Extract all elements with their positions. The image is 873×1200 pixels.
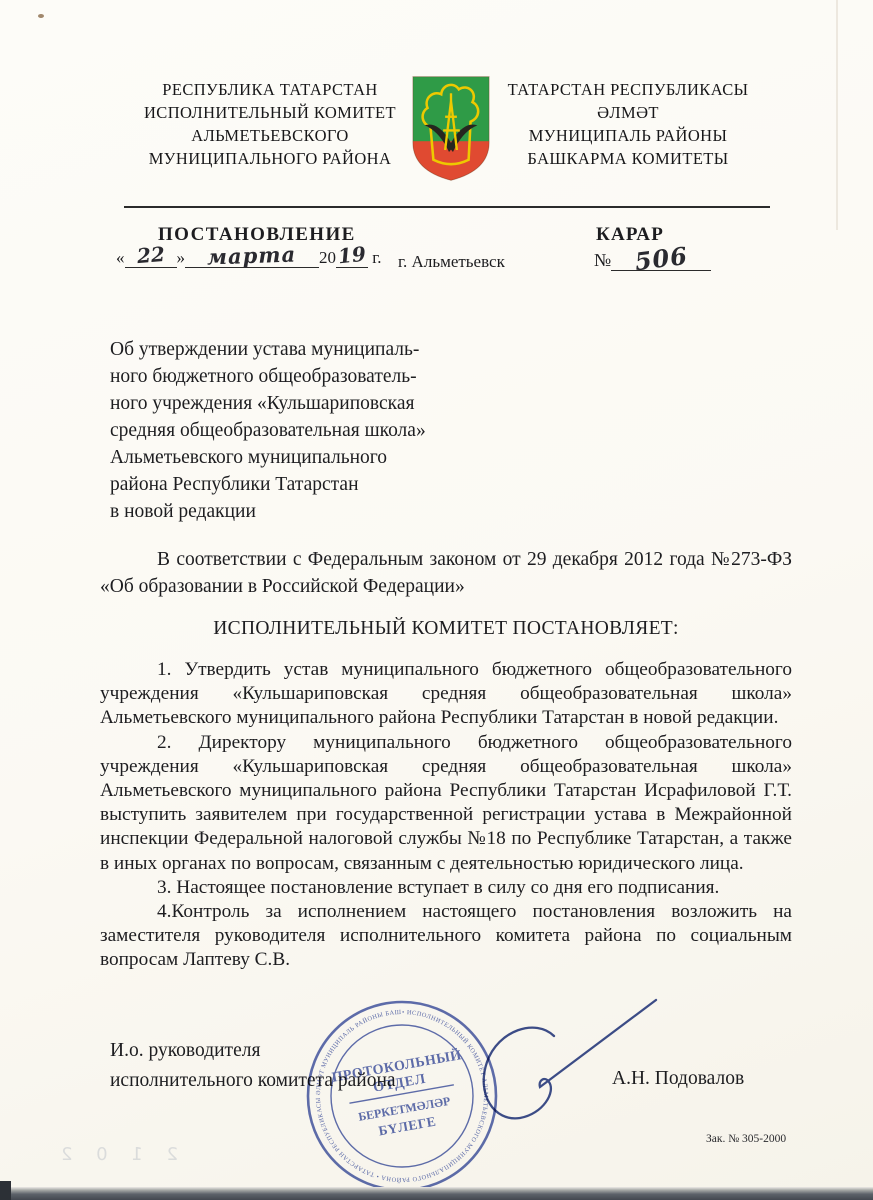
header-divider (124, 206, 770, 208)
subject-line: Альметьевского муниципального (110, 444, 500, 471)
header-line: МУНИЦИПАЛЬНОГО РАЙОНА (120, 147, 420, 170)
subject-line: ного учреждения «Кульшариповская (110, 390, 500, 417)
subject-line: района Республики Татарстан (110, 471, 500, 498)
signer-position-line1: И.о. руководителя (110, 1040, 260, 1062)
number-line: №506 (594, 246, 711, 271)
resolution-heading-tt: КАРАР (596, 224, 664, 246)
scan-speck (38, 14, 44, 18)
header-line: МУНИЦИПАЛЬ РАЙОНЫ (478, 124, 778, 147)
resolution-items: 1. Утвердить устав муниципального бюджет… (100, 658, 792, 973)
header-line: РЕСПУБЛИКА ТАТАРСТАН (120, 78, 420, 101)
header-line: ИСПОЛНИТЕЛЬНЫЙ КОМИТЕТ (120, 101, 420, 124)
place-label: г. Альметьевск (398, 252, 505, 272)
number-label: № (594, 250, 611, 270)
scan-bottom-corner (0, 1181, 11, 1200)
handwritten-number: 506 (633, 241, 689, 276)
resolution-item-2: 2. Директору муниципального бюджетного о… (100, 731, 792, 876)
resolution-item-3: 3. Настоящее постановление вступает в си… (100, 876, 792, 900)
intro-paragraph: В соответствии с Федеральным законом от … (100, 546, 792, 600)
signature-stroke (484, 1000, 656, 1118)
subject-line: в новой редакции (110, 498, 500, 525)
stamp-inner-circle (331, 1025, 473, 1167)
number-blank: 506 (611, 246, 711, 271)
scanned-document-page: РЕСПУБЛИКА ТАТАРСТАН ИСПОЛНИТЕЛЬНЫЙ КОМИ… (0, 0, 873, 1200)
year-suffix: г. (372, 248, 381, 267)
subject-line: средняя общеобразовательная школа» (110, 417, 500, 444)
header-line: ӘЛМӘТ (478, 101, 778, 124)
open-quote: « (116, 248, 125, 267)
resolves-heading: ИСПОЛНИТЕЛЬНЫЙ КОМИТЕТ ПОСТАНОВЛЯЕТ: (100, 618, 792, 640)
subject-line: Об утверждении устава муниципаль- (110, 336, 500, 363)
month-blank: марта (185, 243, 319, 268)
year-prefix: 20 (319, 248, 336, 267)
header-line: БАШКАРМА КОМИТЕТЫ (478, 147, 778, 170)
subject-block: Об утверждении устава муниципаль- ного б… (110, 336, 500, 525)
scan-bottom-strip (0, 1187, 873, 1200)
close-quote: » (177, 248, 186, 267)
stamp-outer-circle (308, 1002, 496, 1190)
header-line: АЛЬМЕТЬЕВСКОГО (120, 124, 420, 147)
year-blank: 19 (336, 243, 368, 268)
day-blank: 22 (125, 243, 177, 268)
bleed-through-artifact: 2 1 0 2 (52, 1144, 178, 1165)
stamp-center-text: ПРОТОКОЛЬНЫЙ ОТДЕЛ БЕРКЕТМӘЛӘР БҮЛЕГЕ (330, 1046, 473, 1145)
header-left-org: РЕСПУБЛИКА ТАТАРСТАН ИСПОЛНИТЕЛЬНЫЙ КОМИ… (120, 78, 420, 170)
date-line: «22»марта2019 г. (116, 243, 382, 268)
stamp-icon: • ИСПОЛНИТЕЛЬНЫЙ КОМИТЕТ АЛЬМЕТЬЕВСКОГО … (299, 996, 505, 1196)
handwritten-month: марта (207, 241, 297, 269)
scan-edge-line (836, 0, 838, 230)
resolution-item-4: 4.Контроль за исполнением настоящего пос… (100, 900, 792, 973)
resolution-item-1: 1. Утвердить устав муниципального бюджет… (100, 658, 792, 731)
subject-line: ного бюджетного общеобразователь- (110, 363, 500, 390)
handwritten-year: 19 (337, 242, 367, 269)
header-line: ТАТАРСТАН РЕСПУБЛИКАСЫ (478, 78, 778, 101)
header-right-org: ТАТАРСТАН РЕСПУБЛИКАСЫ ӘЛМӘТ МУНИЦИПАЛЬ … (478, 78, 778, 170)
handwritten-day: 22 (136, 242, 166, 268)
print-order-note: Зак. № 305-2000 (706, 1133, 786, 1145)
